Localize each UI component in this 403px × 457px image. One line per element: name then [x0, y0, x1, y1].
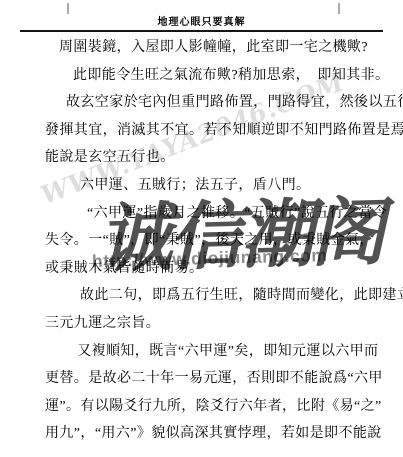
body-line: 又複順知，既言“六甲運”矣，即知元運以六甲而 — [45, 338, 391, 366]
body-line: 用九”，“用六”》貌似高深其實悖理，若如是即不能說 — [45, 420, 391, 448]
body-line: 三元九運之宗旨。 — [45, 310, 391, 338]
body-line: 故此二句，即爲五行生旺，隨時間而變化，此即建立 — [45, 282, 391, 310]
body-line: 運”。有以陽爻行九所，陰爻行六年者，比附《易“之” — [45, 393, 391, 421]
body-line: 能說是玄空五行也。 — [45, 144, 391, 172]
header-divider — [20, 30, 383, 32]
page-header-title: 地理心眼只要真解 — [0, 13, 403, 28]
body-line: 故玄空家於宅內但重門路佈置，門路得宜，然後以五行 — [45, 89, 391, 117]
body-line: 更替。是故必二十年一易元運，否則即不能說爲“六甲 — [45, 365, 391, 393]
scanned-book-page: 地理心眼只要真解 WWW.YAYA2046.COM 周圍裝鏡，入屋即人影幢幢，此… — [0, 0, 403, 457]
body-line: 發揮其宜，消滅其不宜。若不知順逆即不知門路佈置是焉 — [45, 117, 391, 145]
watermark-brush-seal: 诚信潮阁 — [97, 186, 383, 286]
body-line: 此即能令生旺之氣流布歟?稍加思索， 即知其非。 — [45, 62, 391, 90]
body-line: 周圍裝鏡，入屋即人影幢幢，此室即一宅之機歟? — [45, 34, 391, 62]
